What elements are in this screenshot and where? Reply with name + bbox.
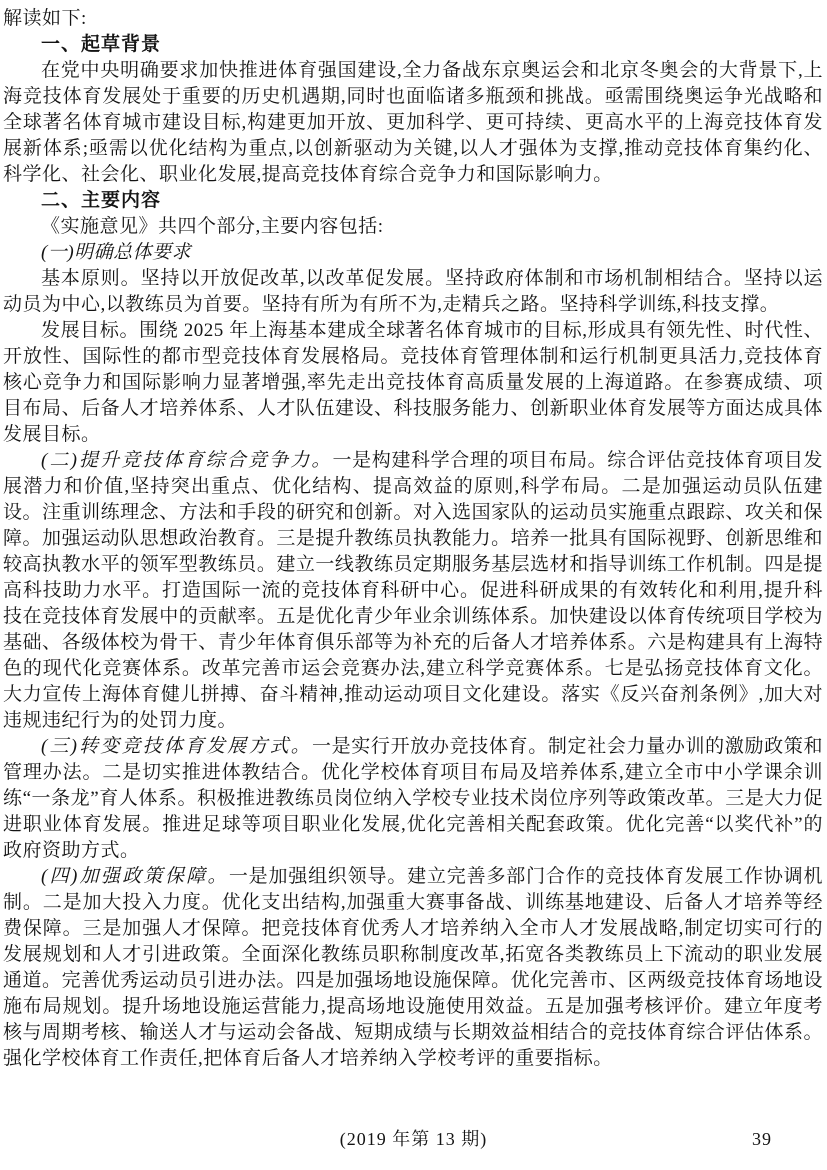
part-4-body: 一是加强组织领导。建立完善多部门合作的竞技体育发展工作协调机制。二是加大投入力度…: [3, 866, 823, 1069]
part-1-paragraph-goals: 发展目标。围绕 2025 年上海基本建成全球著名体育城市的目标,形成具有领先性、…: [3, 318, 823, 448]
document-body: 解读如下: 一、起草背景 在党中央明确要求加快推进体育强国建设,全力备战东京奥运…: [3, 6, 823, 1072]
page-footer: (2019 年第 13 期) 39: [0, 1127, 827, 1151]
section-1-heading: 一、起草背景: [3, 32, 823, 58]
part-2-title: (二)提升竞技体育综合竞争力。: [41, 450, 333, 471]
intro-line: 解读如下:: [3, 6, 823, 32]
part-4-paragraph: (四)加强政策保障。一是加强组织领导。建立完善多部门合作的竞技体育发展工作协调机…: [3, 864, 823, 1072]
part-3-title: (三)转变竞技体育发展方式。: [41, 736, 312, 757]
journal-issue: (2019 年第 13 期): [0, 1127, 827, 1151]
part-1-title: (一)明确总体要求: [3, 240, 823, 266]
section-1-paragraph: 在党中央明确要求加快推进体育强国建设,全力备战东京奥运会和北京冬奥会的大背景下,…: [3, 58, 823, 188]
part-4-title: (四)加强政策保障。: [41, 866, 229, 887]
document-page: 解读如下: 一、起草背景 在党中央明确要求加快推进体育强国建设,全力备战东京奥运…: [0, 0, 827, 1170]
part-3-paragraph: (三)转变竞技体育发展方式。一是实行开放办竞技体育。制定社会力量办训的激励政策和…: [3, 734, 823, 864]
section-2-intro-paragraph: 《实施意见》共四个部分,主要内容包括:: [3, 214, 823, 240]
part-1-paragraph-principles: 基本原则。坚持以开放促改革,以改革促发展。坚持政府体制和市场机制相结合。坚持以运…: [3, 266, 823, 318]
section-2-heading: 二、主要内容: [3, 188, 823, 214]
page-number: 39: [752, 1127, 772, 1151]
part-2-body: 一是构建科学合理的项目布局。综合评估竞技体育项目发展潜力和价值,坚持突出重点、优…: [3, 450, 823, 731]
part-2-paragraph: (二)提升竞技体育综合竞争力。一是构建科学合理的项目布局。综合评估竞技体育项目发…: [3, 448, 823, 734]
